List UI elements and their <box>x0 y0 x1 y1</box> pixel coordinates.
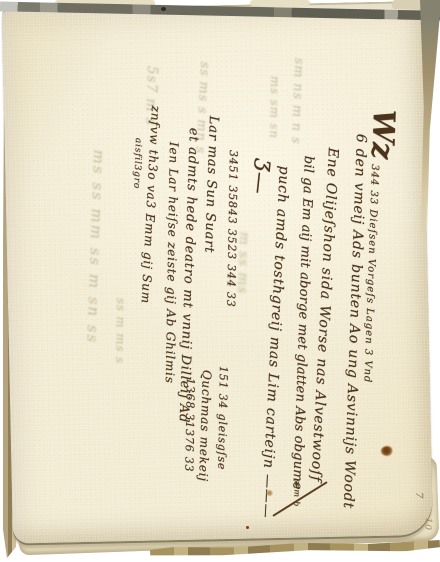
sum-flourish: Ʒ— <box>245 157 274 195</box>
manuscript-line: 1368 31376 33 <box>182 378 197 473</box>
ink-blot <box>381 446 393 456</box>
bleed-through-text: sm ns m n s <box>288 57 306 144</box>
paper-flap <box>250 0 310 6</box>
manuscript-line: 151 34 gleisgſse <box>215 366 230 471</box>
soft-stain <box>266 490 273 496</box>
manuscript-line: aisfil3gro <box>131 138 143 189</box>
manuscript-photo: sm ns m n s ms sm sn ss ms s mn s 5s7 m … <box>0 0 440 562</box>
red-speck <box>246 526 249 529</box>
flourished-initial: Wz <box>364 109 401 159</box>
binding-speck <box>161 7 166 11</box>
manuscript-line: 3451 35843 3523 344 33 <box>224 150 240 308</box>
under-page-folio-number: 10 <box>422 517 433 531</box>
bleed-through-text: ss m ms s <box>113 298 128 364</box>
bleed-through-text: ms sm sn <box>267 76 282 139</box>
folio-number: 7 <box>413 492 424 499</box>
